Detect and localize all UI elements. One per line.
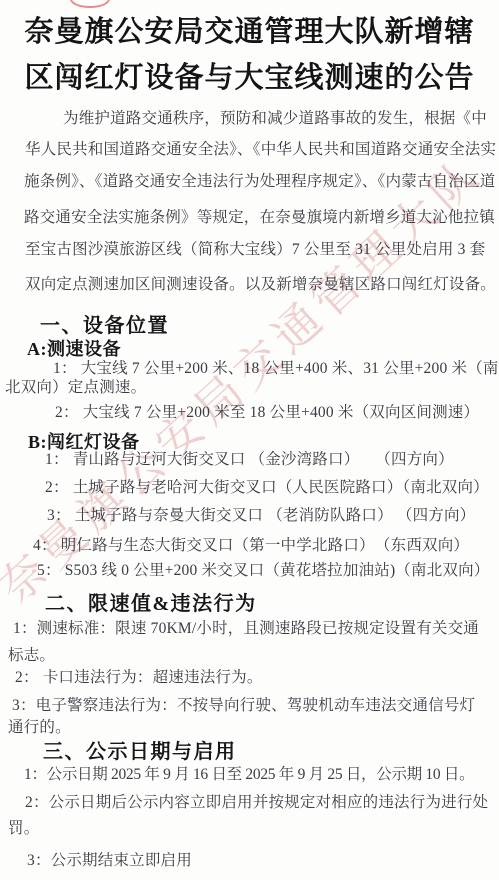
speed-device-line-1: 1： 大宝线 7 公里+200 米、18 公里+400 米、31 公里+200 …: [53, 360, 499, 379]
intro-line-4: 路交通安全法实施条例》等规定，在奈曼旗境内新增乡道大沁他拉镇: [24, 209, 495, 228]
redlight-device-line-5: 5： S503 线 0 公里+200 米交叉口（黄花塔拉加油站)（南北双向）: [37, 562, 490, 581]
redlight-device-line-4: 4： 明仁路与生态大街交叉口（第一中学北路口） （东西双向）: [33, 537, 469, 556]
intro-line-2: 华人民共和国道路交通安全法》、《中华人民共和国道路交通安全法实: [25, 141, 496, 160]
redlight-device-line-1: 1： 青山路与辽河大街交叉口 （金沙湾路口） （四方向）: [45, 451, 454, 470]
publicity-date-line-3: 罚。: [8, 820, 39, 839]
redlight-device-line-2: 2： 土城子路与老哈河大街交叉口（人民医院路口）（南北双向）: [45, 479, 489, 498]
publicity-date-line-2: 2：公示日期后公示内容立即启用并按规定对相应的违法行为进行处: [25, 794, 488, 813]
violation-line-1: 2： 卡口违法行为：超速违法行为。: [15, 669, 263, 688]
redlight-device-line-3: 3： 土城子路与奈曼大街交叉口 （老消防队路口） （四方向）: [47, 507, 475, 526]
speed-device-line-3: 2： 大宝线 7 公里+200 米至 18 公里+400 米（双向区间测速）: [55, 404, 479, 423]
publicity-date-line-4: 3：公示期结束立即启用: [27, 852, 192, 871]
intro-line-6: 双向定点测速加区间测速设备。以及新增奈曼辖区路口闯红灯设备。: [25, 276, 496, 295]
intro-line-5: 至宝古图沙漠旅游区线（简称大宝线）7 公里至 31 公里处启用 3 套: [25, 241, 485, 260]
speed-limit-line-2: 标志。: [8, 647, 55, 666]
notice-title-line-1: 奈曼旗公安局交通管理大队新增辖: [0, 14, 499, 52]
violation-line-3: 通行的。: [8, 719, 71, 738]
speed-limit-line-1: 1：测速标准：限速 70KM/小时，且测速路段已按规定设置有关交通: [13, 620, 479, 639]
section1-sub-a: A:测速设备: [27, 339, 121, 361]
section3-heading: 三、公示日期与启用: [43, 740, 237, 764]
section1-heading: 一、设备位置: [40, 314, 169, 338]
notice-title-line-2: 区闯红灯设备与大宝线测速的公告: [0, 60, 499, 98]
publicity-date-line-1: 1：公示日期 2025 年 9 月 16 日至 2025 年 9 月 25 日，…: [24, 766, 474, 785]
intro-line-3: 施条例》、《道路交通安全违法行为处理程序规定》、《内蒙古自治区道: [24, 173, 495, 192]
intro-line-1: 为维护道路交通秩序，预防和减少道路事故的发生，根据《中: [63, 110, 487, 129]
violation-line-2: 3：电子警察违法行为：不按导向行驶、驾驶机动车违法交通信号灯: [12, 697, 475, 716]
section2-heading: 二、限速值&违法行为: [45, 592, 257, 616]
red-circle-annotation: [70, 0, 110, 8]
speed-device-line-2: 北双向）定点测速。: [5, 379, 146, 398]
notice-document: 奈曼旗公安局交通管理大队 奈曼旗公安局交通管理大队新增辖 区闯红灯设备与大宝线测…: [0, 0, 499, 880]
